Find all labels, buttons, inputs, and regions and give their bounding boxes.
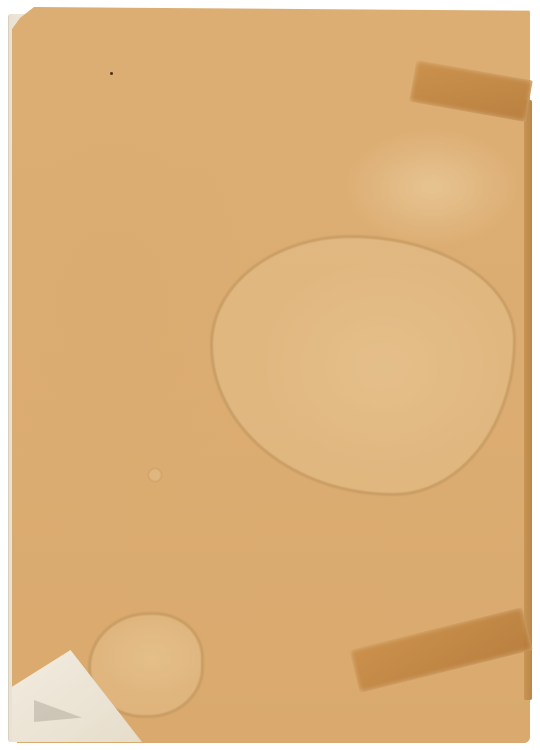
spine-edge: [524, 100, 532, 700]
ink-dot: [110, 72, 113, 75]
small-stain-spot: [148, 468, 162, 482]
